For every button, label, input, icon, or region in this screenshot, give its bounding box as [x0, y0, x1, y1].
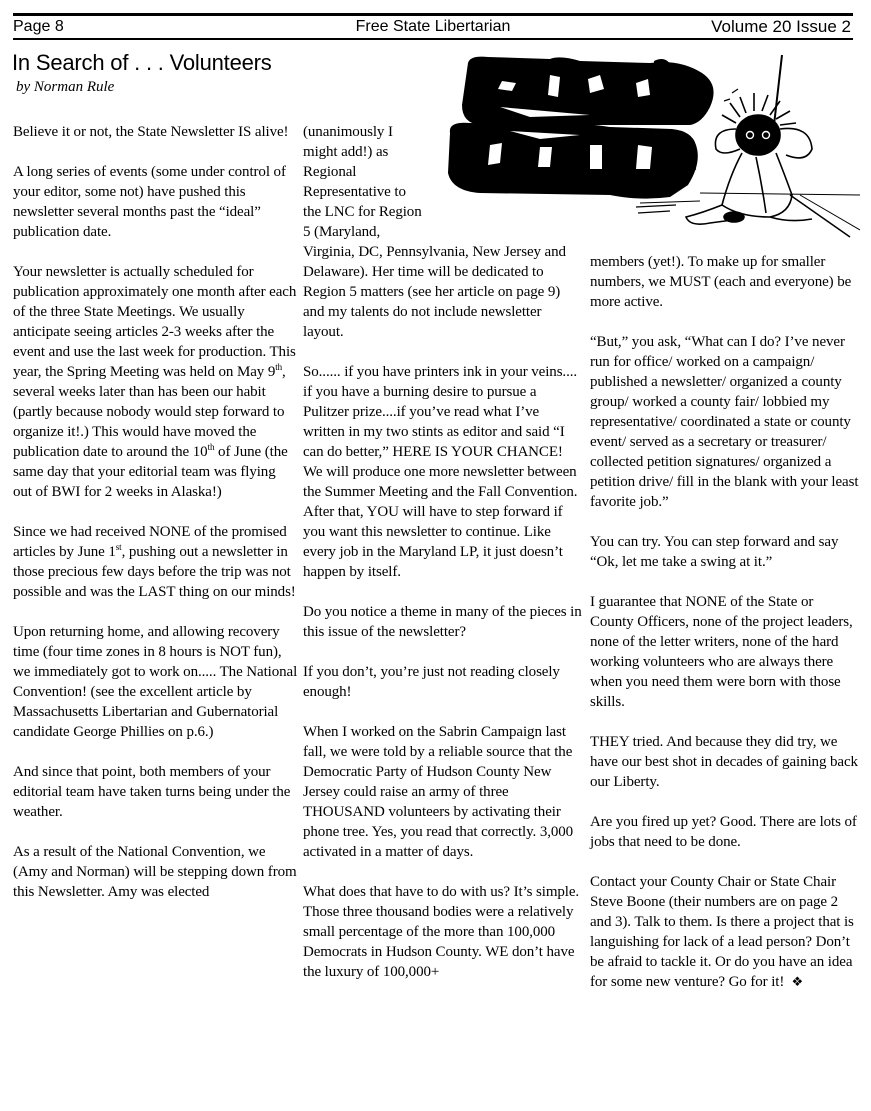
paragraph: Do you notice a theme in many of the pie…	[303, 602, 583, 642]
paragraph: A long series of events (some under cont…	[13, 162, 298, 242]
text-line: might add!) as	[303, 142, 403, 162]
paragraph: Are you fired up yet? Good. There are lo…	[590, 812, 860, 852]
text-line: 5 (Maryland,	[303, 222, 403, 242]
paragraph: Virginia, DC, Pennsylvania, New Jersey a…	[303, 242, 583, 342]
paragraph: Since we had received NONE of the promis…	[13, 522, 298, 602]
narrow-wrap-text: (unanimously I might add!) as Regional R…	[303, 122, 403, 242]
article-title: In Search of . . . Volunteers	[12, 50, 272, 76]
paragraph: So...... if you have printers ink in you…	[303, 362, 583, 582]
text-line: Representative to	[303, 182, 403, 202]
article-byline: by Norman Rule	[16, 79, 114, 96]
paragraph: You can try. You can step forward and sa…	[590, 532, 860, 572]
text-line: the LNC for Region	[303, 202, 403, 222]
paragraph: Contact your County Chair or State Chair…	[590, 872, 860, 992]
paragraph: If you don’t, you’re just not reading cl…	[303, 662, 583, 702]
article-column-left: Believe it or not, the State Newsletter …	[13, 122, 298, 922]
text-line: (unanimously I	[303, 122, 403, 142]
paragraph: “But,” you ask, “What can I do? I’ve nev…	[590, 332, 860, 512]
paragraph: Upon returning home, and allowing recove…	[13, 622, 298, 742]
paragraph: Your newsletter is actually scheduled fo…	[13, 262, 298, 502]
paragraph: What does that have to do with us? It’s …	[303, 882, 583, 982]
page-header: Page 8 Free State Libertarian Volume 20 …	[13, 13, 853, 40]
paragraph: members (yet!). To make up for smaller n…	[590, 252, 860, 312]
paragraph: And since that point, both members of yo…	[13, 762, 298, 822]
article-column-right: members (yet!). To make up for smaller n…	[590, 252, 860, 1012]
paragraph: THEY tried. And because they did try, we…	[590, 732, 860, 792]
issue-label: Volume 20 Issue 2	[711, 16, 851, 38]
paragraph: Believe it or not, the State Newsletter …	[13, 122, 298, 142]
paragraph: As a result of the National Convention, …	[13, 842, 298, 902]
paragraph: I guarantee that NONE of the State or Co…	[590, 592, 860, 712]
text-line: Regional	[303, 162, 403, 182]
paragraph: When I worked on the Sabrin Campaign las…	[303, 722, 583, 862]
end-of-article-icon: ❖	[792, 974, 804, 989]
article-column-middle: (unanimously I might add!) as Regional R…	[303, 122, 583, 1002]
